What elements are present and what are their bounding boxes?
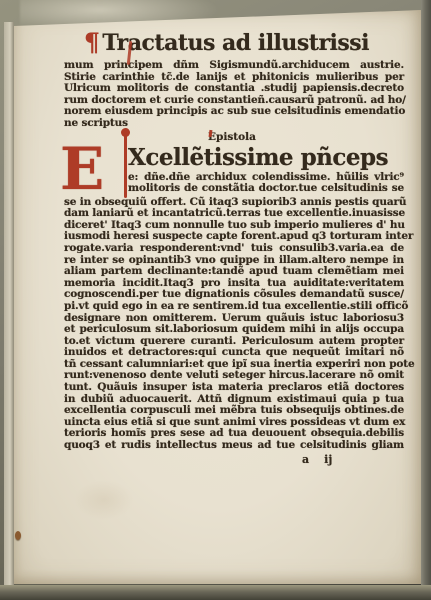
title-line: mum principem dñm Sigismundũ.archiducem … (64, 60, 404, 72)
book-fore-edge (421, 0, 431, 600)
title-first-line: ¶Tractatus ad illustrissi (64, 28, 404, 57)
binding-edge (4, 22, 14, 588)
pilcrow-mark: ¶ (84, 28, 99, 57)
body-line: aliam partem declinante:tandẽ apud tuam … (64, 266, 404, 278)
signature-mark: a ij (64, 453, 404, 466)
epistle-opening: E Xcellẽtissime pñceps e: dñe.dñe archid… (64, 144, 404, 196)
body-line: tunt. Quãuis insuper ista materia precla… (64, 382, 404, 394)
title-last-line: ne scriptus (64, 118, 404, 130)
signature-letter: ij (324, 453, 332, 466)
stain (74, 480, 134, 520)
book-page: ¶Tractatus ad illustrissi mum principem … (14, 10, 421, 584)
title-first-line-text: Tractatus ad illustrissi (102, 30, 369, 56)
epistle-opening-line: Xcellẽtissime pñceps (128, 144, 404, 172)
body-line: rogate.varia responderent:vnd' tuis cons… (64, 243, 404, 255)
text-block: ¶Tractatus ad illustrissi mum principem … (64, 28, 404, 466)
body-line: pi.vt quid ego in ea re sentirem.id tua … (64, 301, 404, 313)
epistle-body: se in obsequiũ offert. Cũ itaq3 supiorib… (64, 197, 404, 452)
wormhole-stain (15, 531, 21, 540)
body-line: et periculosum sit.laboriosum quidem mih… (64, 324, 404, 336)
body-line: dam laniarũ et incantatricũ.terras tue e… (64, 208, 404, 220)
drop-cap-ornament (124, 132, 127, 198)
body-line: quoq3 et rudis intellectus meus ad tue c… (64, 440, 404, 452)
scanned-book-photo: ¶Tractatus ad illustrissi mum principem … (0, 0, 431, 600)
book-bottom-edge (0, 585, 431, 600)
epistle-indent-line: molitoris de constãtia doctor.tue celsit… (128, 183, 404, 195)
drop-cap-initial: E (60, 140, 122, 202)
signature-letter: a (302, 453, 309, 466)
title-lines: mum principem dñm Sigismundũ.archiducem … (64, 60, 404, 118)
epistle-indent-lines: e: dñe.dñe archidux colendissime. hũilis… (128, 172, 404, 195)
epistle-heading-text: Epistola (208, 131, 256, 143)
